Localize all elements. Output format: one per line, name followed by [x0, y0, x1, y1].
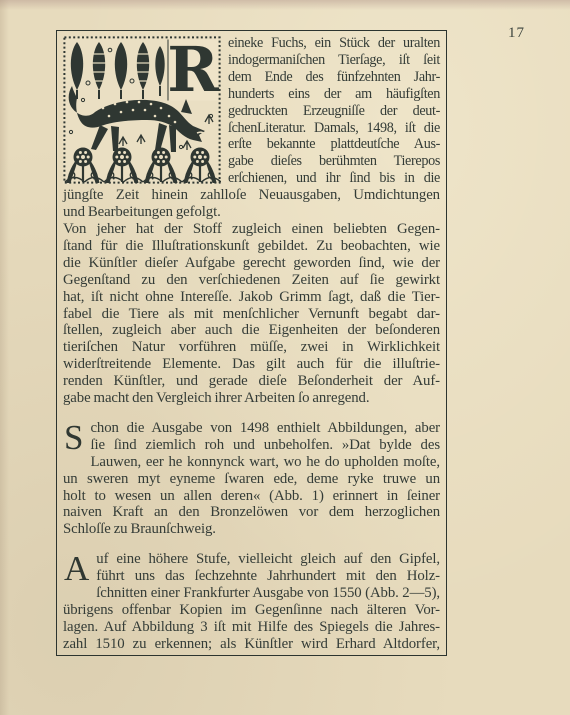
- woodcut-letter: R: [167, 36, 219, 106]
- text-line: gabe macht den Vergleich ihrer Arbeiten …: [63, 390, 440, 407]
- text-line: ſie ſind ziemlich roh und unbeholfen. »D…: [63, 437, 440, 454]
- text-line: holt to wesen un allen deren« (Abb. 1) e…: [63, 488, 440, 505]
- woodcut-initial-block: R: [63, 36, 221, 184]
- text-line: lagen. Auf Abbildung 3 iſt mit Hilfe des…: [63, 619, 440, 636]
- paragraph-3: S chon die Ausgabe von 1498 enthielt Abb…: [63, 420, 440, 538]
- photo-top-edge: [0, 0, 570, 10]
- drop-cap-s: S: [63, 420, 90, 455]
- text-line: naiven Kraft an den Bronzelöwen vor dem …: [63, 504, 440, 521]
- text-frame: R: [56, 30, 447, 656]
- paragraph-4: A uf eine höhere Stufe, vielleicht gleic…: [63, 551, 440, 652]
- page-number: 17: [508, 25, 525, 42]
- text-line: ſtellen, zugleich aber auch die Eigenhei…: [63, 322, 440, 339]
- text-line: chon die Ausgabe von 1498 enthielt Abbil…: [63, 420, 440, 437]
- photo-left-edge: [0, 0, 9, 715]
- text-line: Lauwen, eer he konnynck wart, wo he do u…: [63, 454, 440, 471]
- drop-cap-a: A: [63, 551, 96, 586]
- text-line: ſtand für die Illuſtrationskunſt gebilde…: [63, 238, 440, 255]
- text-line: und Bearbeitungen gefolgt.: [63, 204, 440, 221]
- text-line: uf eine höhere Stufe, vielleicht gleich …: [63, 551, 440, 568]
- text-line: widerſtreitende Elemente. Das gilt auch …: [63, 356, 440, 373]
- text-line: un sweren myt eyneme ſwaren ede, deme ry…: [63, 471, 440, 488]
- text-line: Von jeher hat der Stoff zugleich einen b…: [63, 221, 440, 238]
- text-line: fabel die Tiere als mit menſchlicher Ver…: [63, 306, 440, 323]
- text-line: übrigens offenbar Kopien im Gegenſinne n…: [63, 602, 440, 619]
- text-line: jüngſte Zeit hinein zahlloſe Neuausgaben…: [63, 187, 440, 204]
- text-line: renden Künſtler, und gerade dieſe Beſond…: [63, 373, 440, 390]
- text-line: zahl 1510 zu erkennen; als Künſtler wird…: [63, 636, 440, 653]
- text-line: Gegenſtand zu den verſchiedenen Zeiten a…: [63, 272, 440, 289]
- text-line: hat, iſt nicht ohne Intereſſe. Jakob Gri…: [63, 289, 440, 306]
- text-line: ſchnitten einer Frankfurter Ausgabe von …: [63, 585, 440, 602]
- text-line: die Künſtler dieſer Aufgabe gerecht gewo…: [63, 255, 440, 272]
- book-page-photo: { "page": { "number": "17" }, "colors": …: [0, 0, 570, 715]
- text-line: tieriſchen Natur vorführen müſſe, zwei i…: [63, 339, 440, 356]
- paragraph-2: Von jeher hat der Stoff zugleich einen b…: [63, 221, 440, 407]
- text-line: Schloſſe zu Braunſchweig.: [63, 521, 440, 538]
- paragraph-opening: R: [63, 35, 440, 221]
- text-line: führt uns das ſechzehnte Jahrhundert mit…: [63, 568, 440, 585]
- woodcut-fox-illustration: R: [63, 36, 221, 184]
